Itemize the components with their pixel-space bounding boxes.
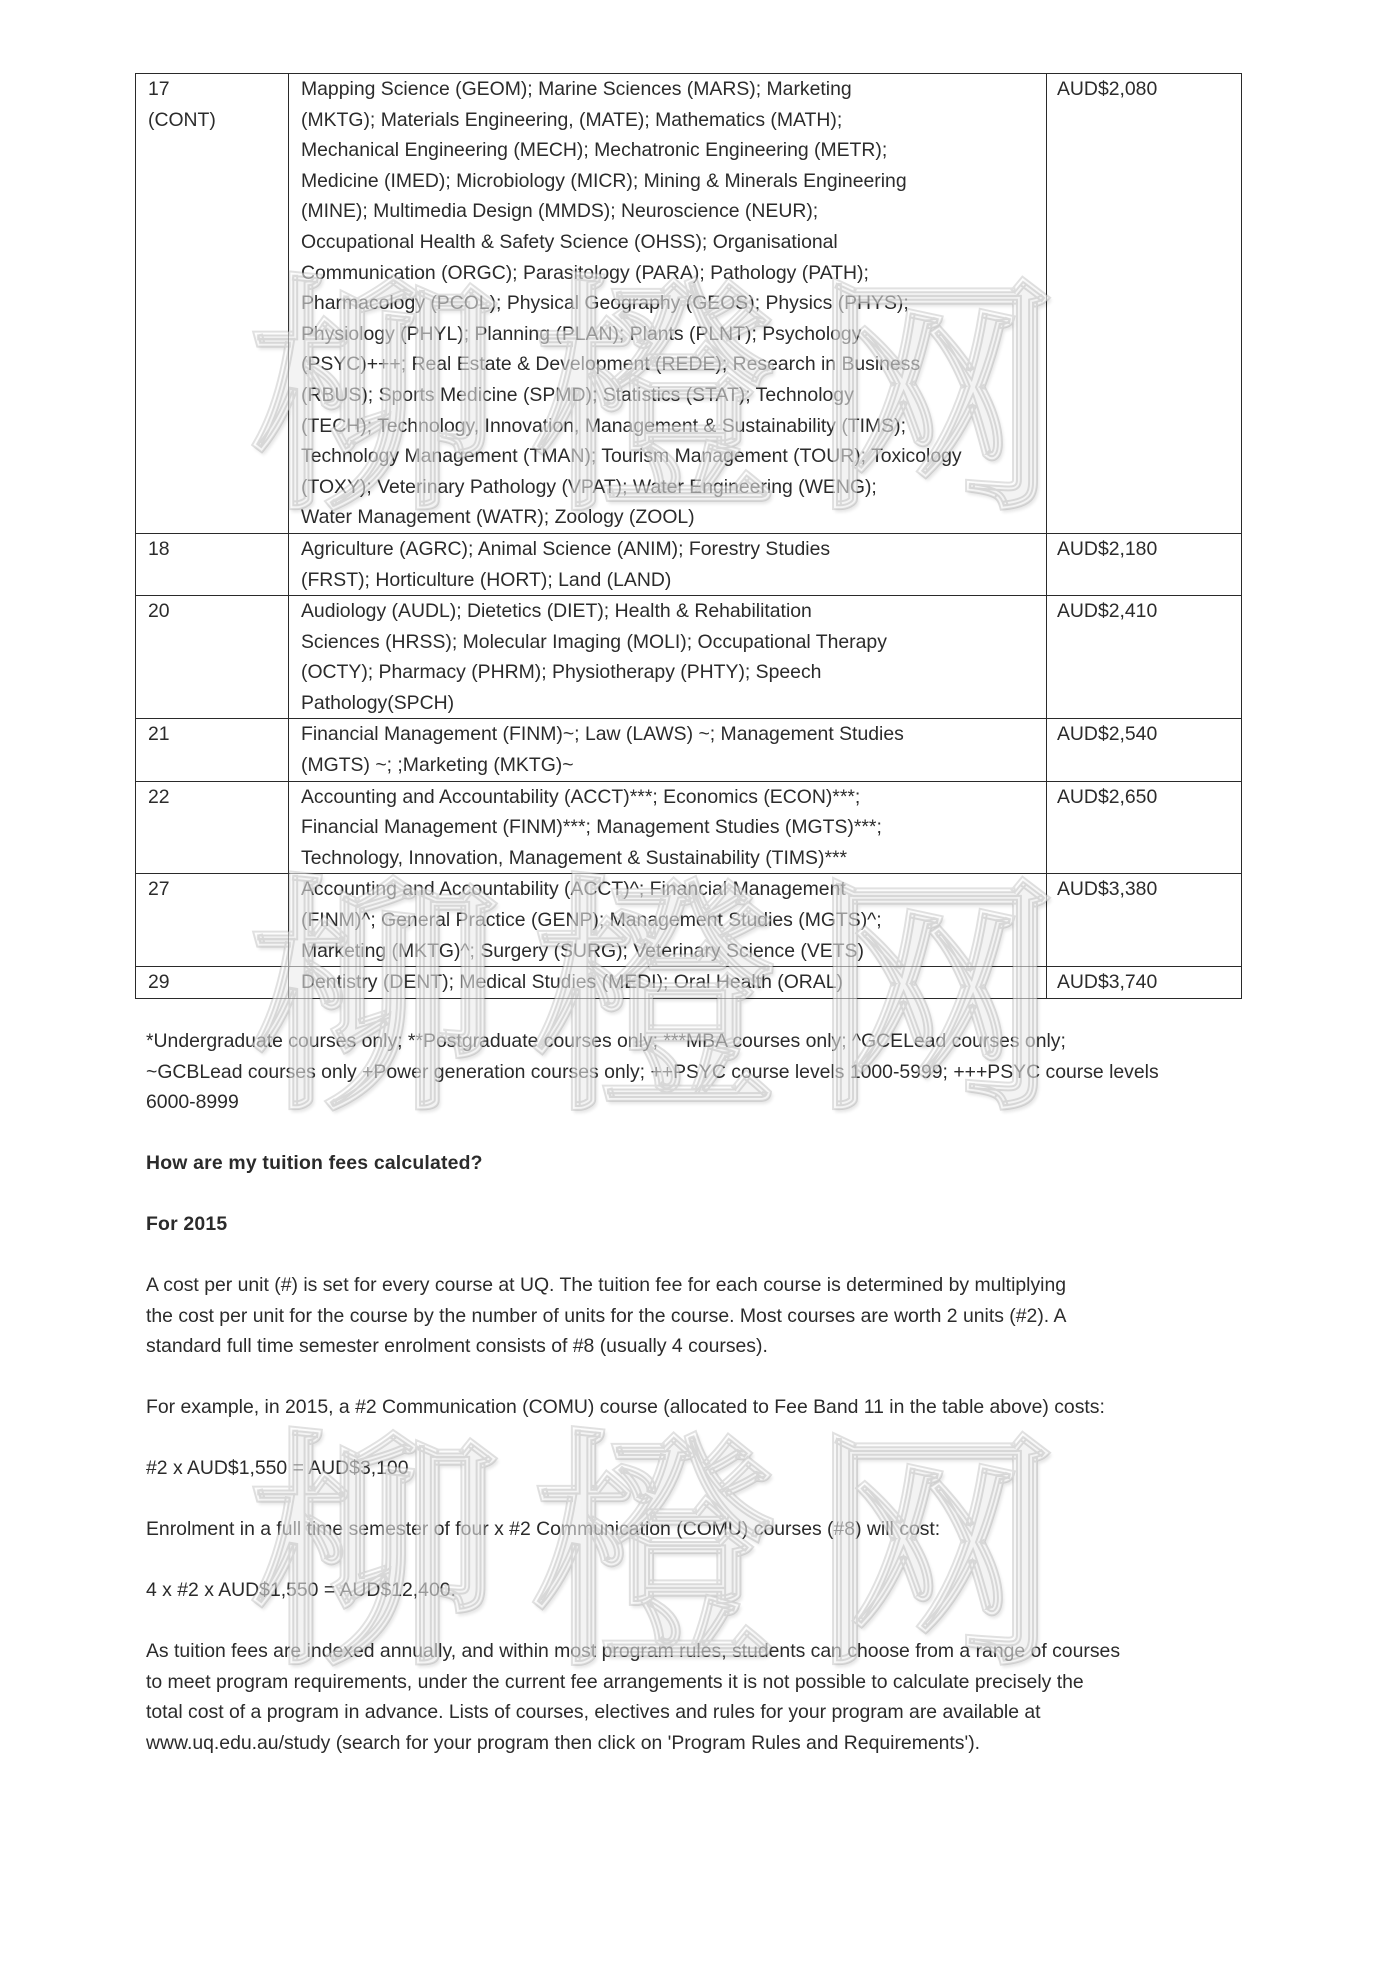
course-list-line: (FRST); Horticulture (HORT); Land (LAND) — [301, 565, 1046, 596]
fee-band-number: 18 — [148, 534, 288, 565]
example-calculation: #2 x AUD$1,550 = AUD$3,100 — [146, 1453, 1396, 1484]
course-list-line: (RBUS); Sports Medicine (SPMD); Statisti… — [301, 380, 1046, 411]
courses-cell: Mapping Science (GEOM); Marine Sciences … — [289, 74, 1047, 534]
fee-band-number: 20 — [148, 596, 288, 627]
fee-band-number: 27 — [148, 874, 288, 905]
fee-band-cell: 17(CONT) — [136, 74, 289, 534]
course-list-line: (OCTY); Pharmacy (PHRM); Physiotherapy (… — [301, 657, 1046, 688]
fee-band-number: 21 — [148, 719, 288, 750]
unit-price: AUD$2,180 — [1057, 534, 1241, 565]
unit-price-cell: AUD$2,650 — [1047, 781, 1242, 874]
fee-band-cell: 20 — [136, 596, 289, 719]
unit-price-cell: AUD$2,080 — [1047, 74, 1242, 534]
unit-price-cell: AUD$2,410 — [1047, 596, 1242, 719]
paragraph-line: standard full time semester enrolment co… — [146, 1331, 1396, 1362]
fee-band-row: 22Accounting and Accountability (ACCT)**… — [136, 781, 1242, 874]
fee-band-cell: 18 — [136, 533, 289, 595]
course-list-line: Audiology (AUDL); Dietetics (DIET); Heal… — [301, 596, 1046, 627]
footnote: *Undergraduate courses only; **Postgradu… — [146, 1026, 1396, 1118]
courses-cell: Agriculture (AGRC); Animal Science (ANIM… — [289, 533, 1047, 595]
course-list-line: Physiology (PHYL); Planning (PLAN); Plan… — [301, 319, 1046, 350]
fee-band-row: 29Dentistry (DENT); Medical Studies (MED… — [136, 967, 1242, 999]
course-list-line: Mapping Science (GEOM); Marine Sciences … — [301, 74, 1046, 105]
fee-band-cell: 21 — [136, 719, 289, 781]
course-list-line: (MKTG); Materials Engineering, (MATE); M… — [301, 105, 1046, 136]
course-list-line: Technology Management (TMAN); Tourism Ma… — [301, 441, 1046, 472]
fee-table-body: 17(CONT)Mapping Science (GEOM); Marine S… — [136, 74, 1242, 999]
course-list-line: (MGTS) ~; ;Marketing (MKTG)~ — [301, 750, 1046, 781]
fee-band-row: 27Accounting and Accountability (ACCT)^;… — [136, 874, 1242, 967]
course-list-line: Sciences (HRSS); Molecular Imaging (MOLI… — [301, 627, 1046, 658]
course-list-line: Medicine (IMED); Microbiology (MICR); Mi… — [301, 166, 1046, 197]
course-list-line: (MINE); Multimedia Design (MMDS); Neuros… — [301, 196, 1046, 227]
course-list-line: Mechanical Engineering (MECH); Mechatron… — [301, 135, 1046, 166]
footnote-line: 6000-8999 — [146, 1087, 1396, 1118]
fee-band-row: 18Agriculture (AGRC); Animal Science (AN… — [136, 533, 1242, 595]
course-list-line: Financial Management (FINM)~; Law (LAWS)… — [301, 719, 1046, 750]
fee-band-number: 22 — [148, 782, 288, 813]
footnote-line: *Undergraduate courses only; **Postgradu… — [146, 1026, 1396, 1057]
courses-cell: Dentistry (DENT); Medical Studies (MEDI)… — [289, 967, 1047, 999]
course-list-line: (PSYC)+++; Real Estate & Development (RE… — [301, 349, 1046, 380]
section-heading: How are my tuition fees calculated? — [146, 1148, 1396, 1179]
course-list-line: Technology, Innovation, Management & Sus… — [301, 843, 1046, 874]
fee-band-table: 17(CONT)Mapping Science (GEOM); Marine S… — [135, 73, 1242, 999]
fee-band-number: 29 — [148, 967, 288, 998]
course-list-line: Occupational Health & Safety Science (OH… — [301, 227, 1046, 258]
unit-price: AUD$2,410 — [1057, 596, 1241, 627]
intro-paragraph: A cost per unit (#) is set for every cou… — [146, 1270, 1396, 1362]
courses-cell: Accounting and Accountability (ACCT)***;… — [289, 781, 1047, 874]
enrolment-calculation: 4 x #2 x AUD$1,550 = AUD$12,400. — [146, 1575, 1396, 1606]
course-list-line: Financial Management (FINM)***; Manageme… — [301, 812, 1046, 843]
year-subheading: For 2015 — [146, 1209, 1396, 1240]
course-list-line: Accounting and Accountability (ACCT)^; F… — [301, 874, 1046, 905]
unit-price: AUD$2,080 — [1057, 74, 1241, 105]
paragraph-line: the cost per unit for the course by the … — [146, 1301, 1396, 1332]
document-page: 17(CONT)Mapping Science (GEOM); Marine S… — [0, 0, 1400, 1978]
paragraph-line: to meet program requirements, under the … — [146, 1667, 1396, 1698]
fee-band-cell: 29 — [136, 967, 289, 999]
courses-cell: Audiology (AUDL); Dietetics (DIET); Heal… — [289, 596, 1047, 719]
fee-band-cell: 27 — [136, 874, 289, 967]
unit-price-cell: AUD$3,380 — [1047, 874, 1242, 967]
course-list-line: (TOXY); Veterinary Pathology (VPAT); Wat… — [301, 472, 1046, 503]
unit-price-cell: AUD$2,540 — [1047, 719, 1242, 781]
unit-price-cell: AUD$2,180 — [1047, 533, 1242, 595]
course-list-line: Communication (ORGC); Parasitology (PARA… — [301, 258, 1046, 289]
course-list-line: Agriculture (AGRC); Animal Science (ANIM… — [301, 534, 1046, 565]
enrolment-intro: Enrolment in a full time semester of fou… — [146, 1514, 1396, 1545]
example-intro: For example, in 2015, a #2 Communication… — [146, 1392, 1396, 1423]
fee-band-number: (CONT) — [148, 105, 288, 136]
footnote-line: ~GCBLead courses only +Power generation … — [146, 1057, 1396, 1088]
course-list-line: Accounting and Accountability (ACCT)***;… — [301, 782, 1046, 813]
paragraph-line: A cost per unit (#) is set for every cou… — [146, 1270, 1396, 1301]
courses-cell: Financial Management (FINM)~; Law (LAWS)… — [289, 719, 1047, 781]
course-list-line: Pharmacology (PCOL); Physical Geography … — [301, 288, 1046, 319]
paragraph-line: total cost of a program in advance. List… — [146, 1697, 1396, 1728]
fee-band-number: 17 — [148, 74, 288, 105]
course-list-line: (TECH); Technology, Innovation, Manageme… — [301, 411, 1046, 442]
fee-band-row: 20Audiology (AUDL); Dietetics (DIET); He… — [136, 596, 1242, 719]
paragraph-line: As tuition fees are indexed annually, an… — [146, 1636, 1396, 1667]
course-list-line: Dentistry (DENT); Medical Studies (MEDI)… — [301, 967, 1046, 998]
course-list-line: Water Management (WATR); Zoology (ZOOL) — [301, 502, 1046, 533]
course-list-line: Pathology(SPCH) — [301, 688, 1046, 719]
unit-price: AUD$3,740 — [1057, 967, 1241, 998]
unit-price: AUD$2,540 — [1057, 719, 1241, 750]
unit-price-cell: AUD$3,740 — [1047, 967, 1242, 999]
fee-band-row: 17(CONT)Mapping Science (GEOM); Marine S… — [136, 74, 1242, 534]
closing-paragraph: As tuition fees are indexed annually, an… — [146, 1636, 1396, 1758]
fee-band-cell: 22 — [136, 781, 289, 874]
course-list-line: Marketing (MKTG)^; Surgery (SURG); Veter… — [301, 936, 1046, 967]
unit-price: AUD$2,650 — [1057, 782, 1241, 813]
fee-band-row: 21Financial Management (FINM)~; Law (LAW… — [136, 719, 1242, 781]
paragraph-line: www.uq.edu.au/study (search for your pro… — [146, 1728, 1396, 1759]
course-list-line: (FINM)^; General Practice (GENP); Manage… — [301, 905, 1046, 936]
courses-cell: Accounting and Accountability (ACCT)^; F… — [289, 874, 1047, 967]
unit-price: AUD$3,380 — [1057, 874, 1241, 905]
